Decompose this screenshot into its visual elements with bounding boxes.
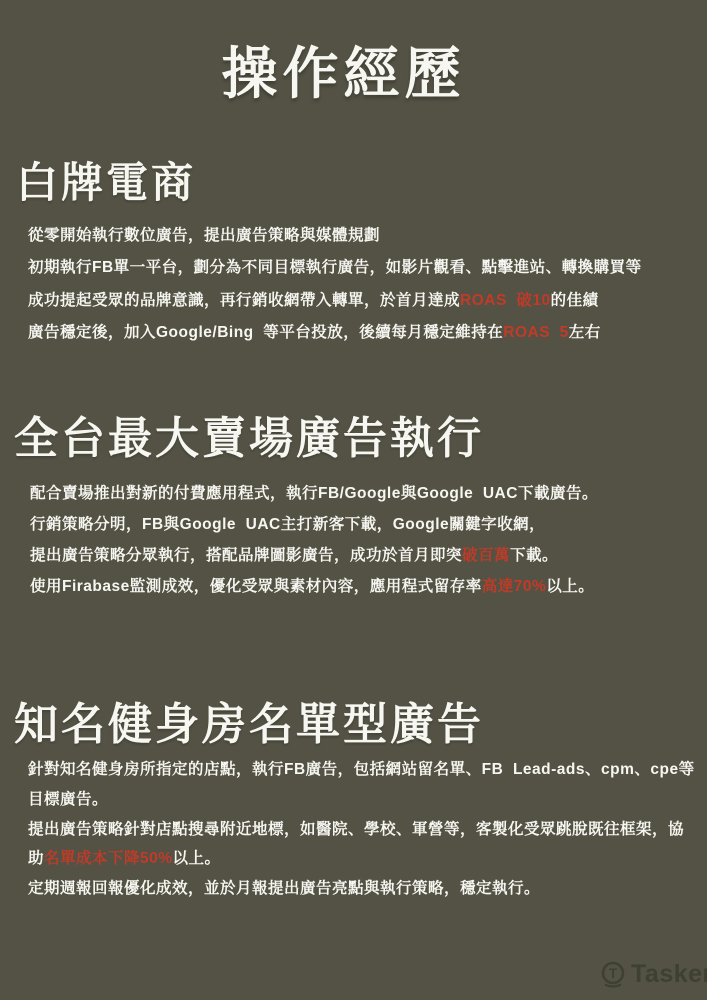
- text-segment: 廣告穩定後，加入Google/Bing 等平台投放，後續每月穩定維持在: [28, 324, 503, 341]
- text-line: 針對知名健身房所指定的店點，執行FB廣告，包括網站留名單、FB Lead-ads…: [28, 755, 695, 785]
- text-segment: 使用Firabase監測成效，優化受眾與素材內容，應用程式留存率: [30, 578, 482, 595]
- text-line: 成功提起受眾的品牌意識，再行銷收網帶入轉單，於首月達成ROAS 破10的佳績: [28, 285, 642, 317]
- section-heading-gym-lead-ads: 知名健身房名單型廣告: [14, 688, 484, 752]
- text-line: 提出廣告策略針對店點搜尋附近地標，如醫院、學校、軍營等，客製化受眾跳脫既往框架，…: [28, 815, 695, 845]
- tasker-logo: T Tasker: [598, 959, 707, 989]
- text-line: 定期週報回報優化成效，並於月報提出廣告亮點與執行策略，穩定執行。: [28, 874, 695, 904]
- text-segment: 左右: [569, 324, 601, 341]
- page-title: 操作經歷: [0, 30, 687, 110]
- text-line: 提出廣告策略分眾執行，搭配品牌圖影廣告，成功於首月即突破百萬下載。: [30, 540, 598, 571]
- svg-text:T: T: [609, 966, 618, 981]
- highlighted-text-segment: 名單成本下降50%: [44, 850, 173, 867]
- text-segment: 目標廣告。: [28, 791, 108, 808]
- section-body-gym-lead-ads: 針對知名健身房所指定的店點，執行FB廣告，包括網站留名單、FB Lead-ads…: [28, 755, 695, 904]
- text-segment: 行銷策略分明，FB與Google UAC主打新客下載，Google關鍵字收網，: [30, 516, 545, 533]
- text-segment: 提出廣告策略針對店點搜尋附近地標，如醫院、學校、軍營等，客製化受眾跳脫既往框架，…: [28, 821, 684, 838]
- section-heading-white-label-ecommerce: 白牌電商: [16, 150, 196, 210]
- text-segment: 下載。: [510, 547, 558, 564]
- text-segment: 提出廣告策略分眾執行，搭配品牌圖影廣告，成功於首月即突: [30, 547, 462, 564]
- text-segment: 配合賣場推出對新的付費應用程式，執行FB/Google與Google UAC下載…: [30, 485, 598, 502]
- tasker-logo-text: Tasker: [631, 959, 707, 989]
- section-body-marketplace-ads: 配合賣場推出對新的付費應用程式，執行FB/Google與Google UAC下載…: [30, 478, 598, 602]
- text-line: 廣告穩定後，加入Google/Bing 等平台投放，後續每月穩定維持在ROAS …: [28, 317, 642, 349]
- text-segment: 的佳績: [551, 292, 599, 309]
- text-line: 配合賣場推出對新的付費應用程式，執行FB/Google與Google UAC下載…: [30, 478, 598, 509]
- section-heading-marketplace-ads: 全台最大賣場廣告執行: [14, 402, 484, 466]
- text-line: 使用Firabase監測成效，優化受眾與素材內容，應用程式留存率高達70%以上。: [30, 571, 598, 602]
- text-segment: 成功提起受眾的品牌意識，再行銷收網帶入轉單，於首月達成: [28, 292, 460, 309]
- text-line: 行銷策略分明，FB與Google UAC主打新客下載，Google關鍵字收網，: [30, 509, 598, 540]
- page: 操作經歷 白牌電商 從零開始執行數位廣告，提出廣告策略與媒體規劃初期執行FB單一…: [0, 0, 707, 1000]
- text-segment: 針對知名健身房所指定的店點，執行FB廣告，包括網站留名單、FB Lead-ads…: [28, 761, 695, 778]
- text-segment: 定期週報回報優化成效，並於月報提出廣告亮點與執行策略，穩定執行。: [28, 880, 540, 897]
- text-segment: 從零開始執行數位廣告，提出廣告策略與媒體規劃: [28, 227, 380, 244]
- tasker-t-circle-icon: T: [598, 959, 628, 989]
- text-line: 初期執行FB單一平台，劃分為不同目標執行廣告，如影片觀看、點擊進站、轉換購買等: [28, 252, 642, 284]
- text-segment: 助: [28, 850, 44, 867]
- text-line: 從零開始執行數位廣告，提出廣告策略與媒體規劃: [28, 220, 642, 252]
- text-segment: 以上。: [173, 850, 221, 867]
- text-segment: 以上。: [546, 578, 594, 595]
- highlighted-text-segment: ROAS 破10: [460, 292, 551, 309]
- text-line: 目標廣告。: [28, 785, 695, 815]
- section-body-white-label-ecommerce: 從零開始執行數位廣告，提出廣告策略與媒體規劃初期執行FB單一平台，劃分為不同目標…: [28, 220, 642, 350]
- highlighted-text-segment: ROAS 5: [503, 324, 569, 341]
- text-line: 助名單成本下降50%以上。: [28, 844, 695, 874]
- text-segment: 初期執行FB單一平台，劃分為不同目標執行廣告，如影片觀看、點擊進站、轉換購買等: [28, 259, 642, 276]
- highlighted-text-segment: 高達70%: [482, 578, 547, 595]
- highlighted-text-segment: 破百萬: [462, 547, 510, 564]
